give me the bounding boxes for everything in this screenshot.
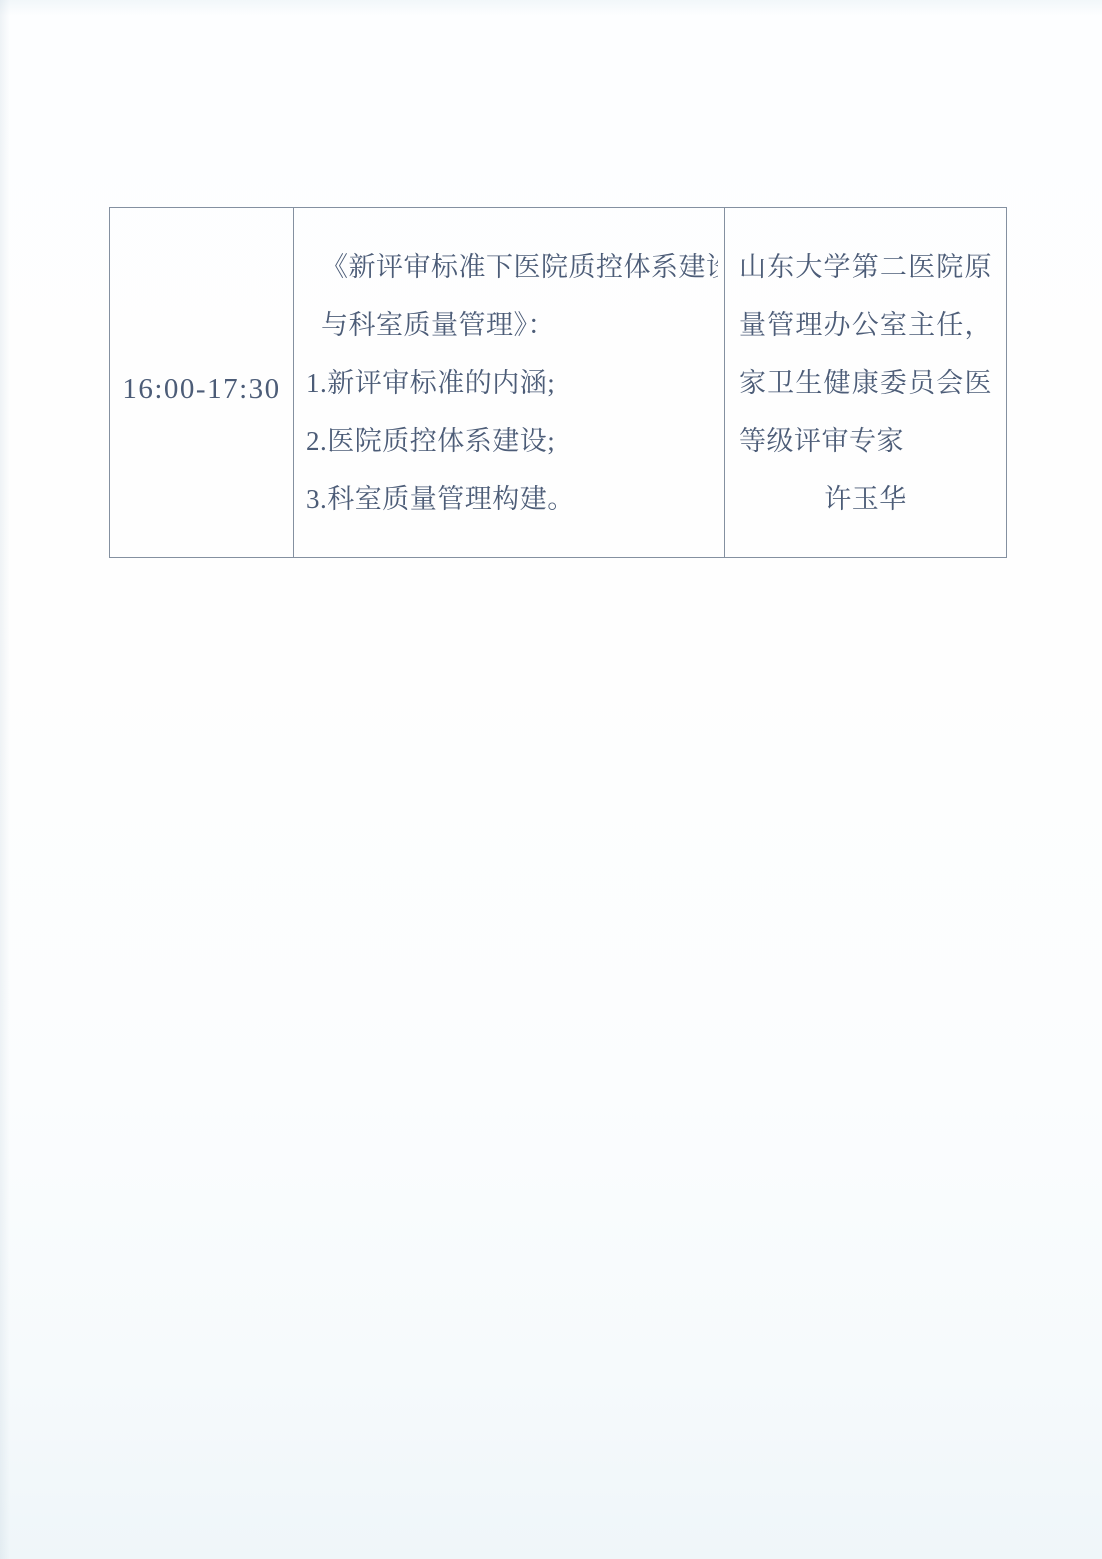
topic-item-2: 2.医院质控体系建设; [306,412,718,470]
schedule-table: 16:00-17:30 《新评审标准下医院质控体系建设 与科室质量管理》： 1.… [109,207,1007,558]
speaker-cell: 山东大学第二医院原质 量管理办公室主任，国 家卫生健康委员会医院 等级评审专家 … [725,208,1007,558]
speaker-affiliation-line-2: 量管理办公室主任，国 [739,296,992,354]
speaker-affiliation-line-1: 山东大学第二医院原质 [739,238,992,296]
speaker-affiliation-line-3: 家卫生健康委员会医院 [739,354,992,412]
speaker-content: 山东大学第二医院原质 量管理办公室主任，国 家卫生健康委员会医院 等级评审专家 … [725,208,1006,528]
topic-content: 《新评审标准下医院质控体系建设 与科室质量管理》： 1.新评审标准的内涵; 2.… [294,208,724,528]
session-time: 16:00-17:30 [122,373,280,406]
topic-item-1: 1.新评审标准的内涵; [306,354,718,412]
table-row: 16:00-17:30 《新评审标准下医院质控体系建设 与科室质量管理》： 1.… [110,208,1007,558]
speaker-name: 许玉华 [739,470,992,528]
document-page: 16:00-17:30 《新评审标准下医院质控体系建设 与科室质量管理》： 1.… [0,0,1102,1559]
speaker-affiliation-line-4: 等级评审专家 [739,412,992,470]
topic-title-line-2: 与科室质量管理》： [306,296,718,354]
topic-title-line-1: 《新评审标准下医院质控体系建设 [306,238,718,296]
topic-item-3: 3.科室质量管理构建。 [306,470,718,528]
time-cell: 16:00-17:30 [110,208,294,558]
topic-cell: 《新评审标准下医院质控体系建设 与科室质量管理》： 1.新评审标准的内涵; 2.… [294,208,725,558]
